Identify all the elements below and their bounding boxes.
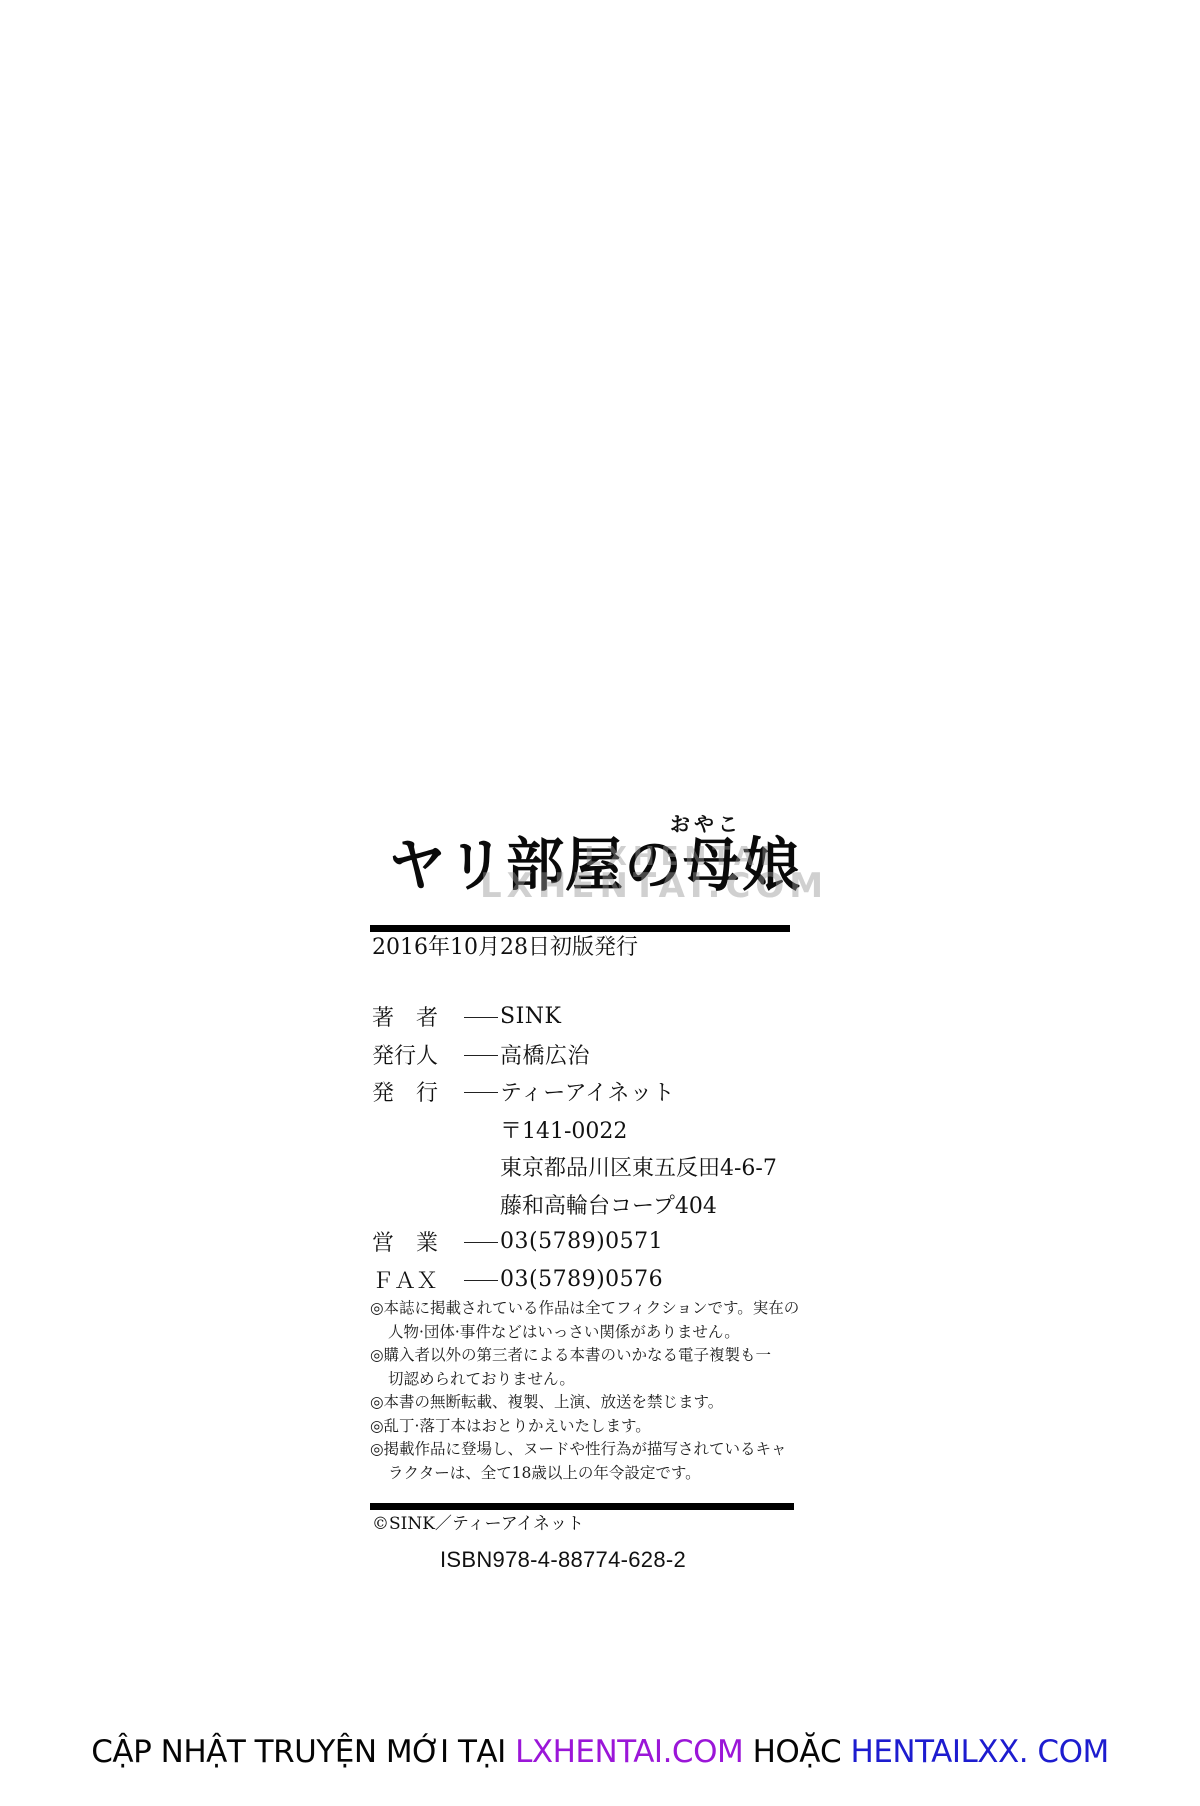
colophon-page: おやこ ヤリ部屋の母娘 2016年10月28日初版発行 著 者 SINK 発行人… <box>0 0 1200 1806</box>
credit-row-publisher: 発 行 ティーアイネット <box>372 1073 777 1111</box>
publication-date: 2016年10月28日初版発行 <box>372 933 638 963</box>
banner-link-hentailxx[interactable]: HENTAILXX. COM <box>851 1734 1109 1770</box>
copyright-notice: ©SINK／ティーアイネット <box>372 1512 584 1536</box>
book-title: ヤリ部屋の母娘 <box>388 832 801 898</box>
contact-row-sales: 営 業 03(5789)0571 <box>372 1223 777 1261</box>
credit-value: 高橋広治 <box>500 1039 590 1070</box>
address-line-2: 藤和高輪台コープ404 <box>372 1186 777 1224</box>
promo-banner: CẬP NHẬT TRUYỆN MỚI TẠI LXHENTAI.COM HOẶ… <box>0 1730 1200 1774</box>
dash-separator <box>464 1092 498 1093</box>
top-rule-divider <box>370 925 790 932</box>
dash-separator <box>464 1055 498 1056</box>
notice-line: 切認められておりません。 <box>370 1368 795 1392</box>
credit-value: ティーアイネット <box>500 1076 675 1107</box>
banner-link-lxhentai[interactable]: LXHENTAI.COM <box>515 1734 743 1770</box>
credit-row-publisher-person: 発行人 高橋広治 <box>372 1036 777 1074</box>
credit-label: 発 行 <box>372 1076 462 1107</box>
banner-prefix: CẬP NHẬT TRUYỆN MỚI TẠI <box>91 1734 505 1770</box>
contact-label: ＦＡＸ <box>372 1264 462 1295</box>
notice-line: ◎購入者以外の第三者による本書のいかなる電子複製も一 <box>370 1344 795 1368</box>
contact-label: 営 業 <box>372 1226 462 1257</box>
bottom-rule-divider <box>370 1503 794 1510</box>
contact-value: 03(5789)0576 <box>500 1267 663 1292</box>
credit-label: 著 者 <box>372 1001 462 1032</box>
isbn-number: ISBN978-4-88774-628-2 <box>440 1545 686 1575</box>
address-line-1: 東京都品川区東五反田4-6-7 <box>372 1148 777 1186</box>
notice-line: ◎本書の無断転載、複製、上演、放送を禁じます。 <box>370 1391 795 1415</box>
notice-line: ◎掲載作品に登場し、ヌードや性行為が描写されているキャ <box>370 1438 795 1462</box>
banner-connector: HOẶC <box>753 1734 842 1770</box>
dash-separator <box>464 1017 498 1018</box>
notice-line: 人物·団体·事件などはいっさい関係がありません。 <box>370 1321 795 1345</box>
legal-notices: ◎本誌に掲載されている作品は全てフィクションです。実在の 人物·団体·事件などは… <box>370 1297 795 1485</box>
notice-line: ◎本誌に掲載されている作品は全てフィクションです。実在の <box>370 1297 795 1321</box>
credit-value: SINK <box>500 1004 561 1029</box>
credits-list: 著 者 SINK 発行人 高橋広治 発 行 ティーアイネット 〒141-0022… <box>372 998 777 1298</box>
dash-separator <box>464 1280 498 1281</box>
notice-line: ◎乱丁·落丁本はおとりかえいたします。 <box>370 1415 795 1439</box>
notice-line: ラクターは、全て18歳以上の年令設定です。 <box>370 1462 795 1486</box>
contact-row-fax: ＦＡＸ 03(5789)0576 <box>372 1261 777 1299</box>
credit-label: 発行人 <box>372 1039 462 1070</box>
dash-separator <box>464 1242 498 1243</box>
contact-value: 03(5789)0571 <box>500 1229 663 1254</box>
address-postal-code: 〒141-0022 <box>372 1111 777 1149</box>
credit-row-author: 著 者 SINK <box>372 998 777 1036</box>
